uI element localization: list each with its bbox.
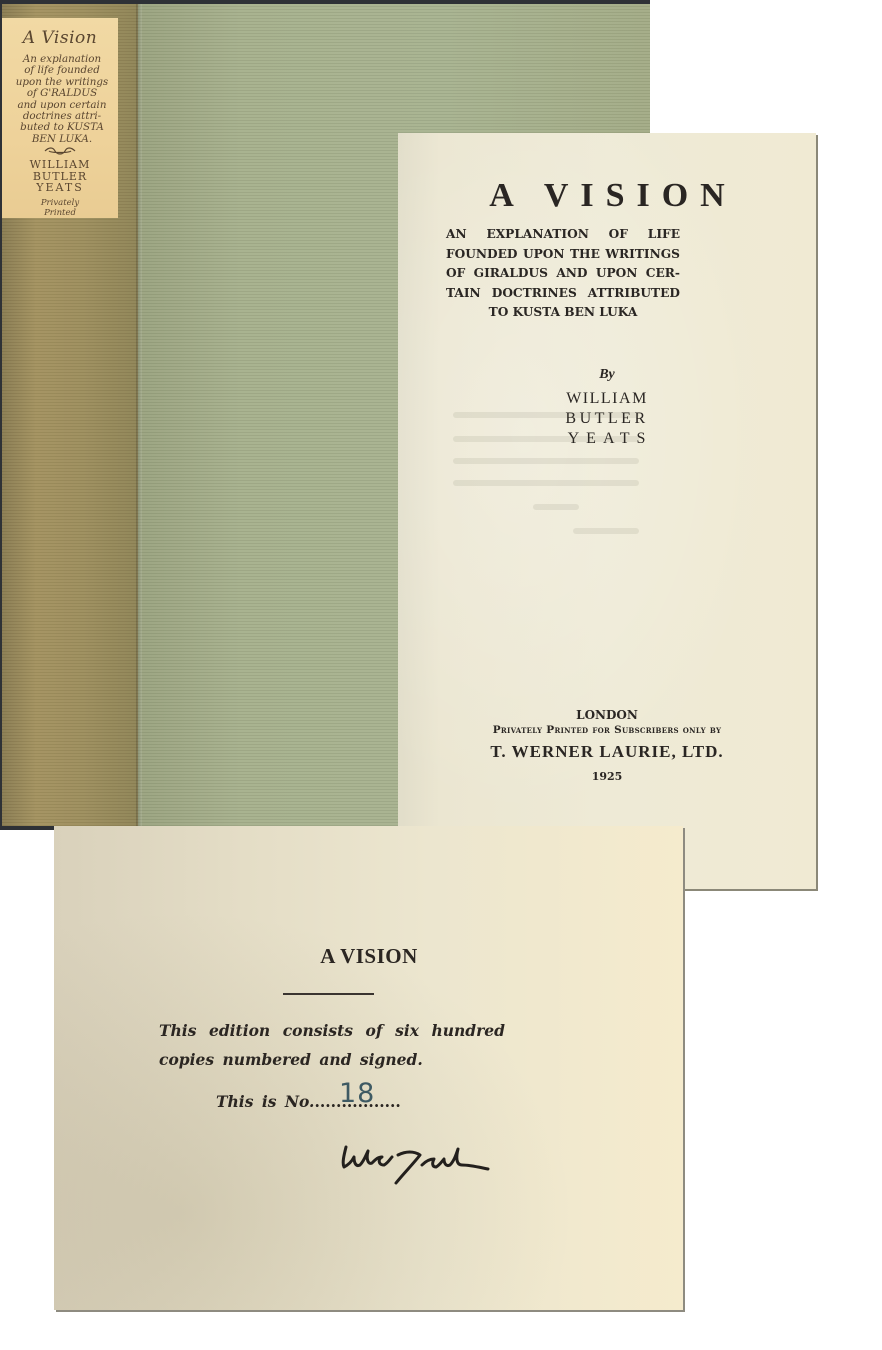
title-page-publisher: T. WERNER LAURIE, LTD. <box>398 742 816 762</box>
author-signature-icon <box>338 1137 508 1193</box>
spine-printed-line: Privately <box>2 198 118 208</box>
limitation-page: A VISION This edition consists of six hu… <box>54 826 683 1310</box>
spine-author-line: YEATS <box>2 182 118 194</box>
limitation-statement: This edition consists of six hundred cop… <box>159 1016 505 1074</box>
spine-label-description: An explanation of life founded upon the … <box>12 54 112 145</box>
spine-label-printed: Privately Printed <box>2 198 118 218</box>
copy-number-stamp: 18 <box>339 1078 375 1109</box>
show-through-bleed <box>426 409 616 556</box>
title-page-year: 1925 <box>398 770 816 783</box>
title-page: A VISION AN EXPLANATION OF LIFE FOUNDED … <box>398 133 816 889</box>
title-page-title: A VISION <box>398 177 816 215</box>
limitation-page-title: A VISION <box>264 944 474 969</box>
title-page-place: LONDON <box>398 708 816 722</box>
author-line: WILLIAM <box>398 389 816 409</box>
spine-label-author: WILLIAM BUTLER YEATS <box>2 159 118 194</box>
spine-label-title: A Vision <box>2 28 118 48</box>
spine-label: A Vision An explanation of life founded … <box>2 18 118 218</box>
spine-printed-line: Printed <box>2 208 118 218</box>
title-page-printed-for: Privately Printed for Subscribers only b… <box>398 724 816 736</box>
copy-number-prefix: This is No. <box>216 1092 314 1111</box>
title-page-by: By <box>398 367 816 383</box>
spine-desc-line: BEN LUKA. <box>12 134 112 145</box>
spine-hinge <box>136 4 142 826</box>
ornament-icon <box>2 147 118 158</box>
spine-desc-line: of G'RALDUS <box>12 88 112 99</box>
title-rule-divider <box>283 993 374 995</box>
title-page-subtitle: AN EXPLANATION OF LIFE FOUNDED UPON THE … <box>446 225 680 323</box>
